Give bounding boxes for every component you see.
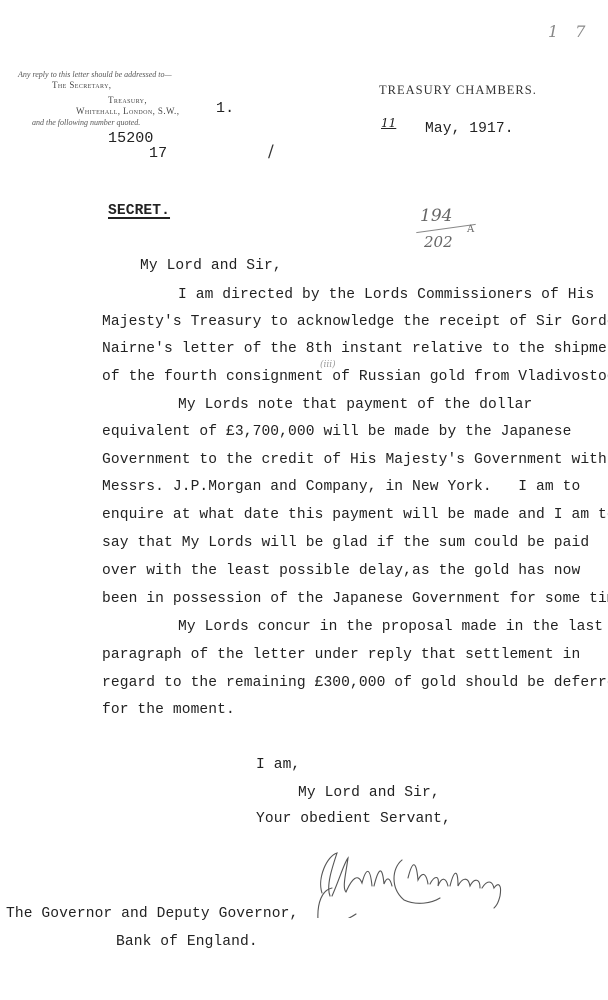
- district-number: 1.: [216, 100, 234, 117]
- body-line: of the fourth consignment of Russian gol…: [102, 369, 608, 385]
- signature-icon: [312, 848, 532, 918]
- classification-label: SECRET.: [108, 203, 170, 219]
- body-line: for the moment.: [102, 702, 235, 718]
- body-line: I am directed by the Lords Commissioners…: [178, 287, 594, 303]
- salutation: My Lord and Sir,: [140, 258, 282, 274]
- body-line: been in possession of the Japanese Gover…: [102, 591, 608, 607]
- file-annotation-top: 194: [420, 206, 452, 226]
- letterhead-place: TREASURY CHAMBERS.: [379, 83, 537, 98]
- body-line: regard to the remaining £300,000 of gold…: [102, 675, 608, 691]
- body-line: say that My Lords will be glad if the su…: [102, 535, 589, 551]
- closing-line-2: My Lord and Sir,: [298, 785, 440, 801]
- body-line: equivalent of £3,700,000 will be made by…: [102, 424, 571, 440]
- addressee-line-1: The Governor and Deputy Governor,: [6, 906, 298, 922]
- body-line: Messrs. J.P.Morgan and Company, in New Y…: [102, 479, 580, 495]
- body-line: Government to the credit of His Majesty'…: [102, 452, 607, 468]
- body-line: enquire at what date this payment will b…: [102, 507, 608, 523]
- handwritten-day: 11: [381, 116, 396, 130]
- body-line: My Lords concur in the proposal made in …: [178, 619, 603, 635]
- reference-slash: /: [268, 142, 274, 162]
- body-line: My Lords note that payment of the dollar: [178, 397, 532, 413]
- reference-year: 17: [149, 145, 167, 162]
- closing-line-3: Your obedient Servant,: [256, 811, 451, 827]
- address-line-secretary: The Secretary,: [52, 80, 111, 90]
- body-line: over with the least possible delay,as th…: [102, 563, 580, 579]
- reference-number: 15200: [108, 130, 154, 147]
- body-line: paragraph of the letter under reply that…: [102, 647, 580, 663]
- address-line-whitehall: Whitehall, London, S.W.,: [76, 106, 179, 116]
- addressee-line-2: Bank of England.: [116, 934, 258, 950]
- body-line: Nairne's letter of the 8th instant relat…: [102, 341, 608, 357]
- file-annotation-suffix: A: [467, 224, 474, 235]
- folio-number: 1 7: [548, 22, 591, 41]
- file-annotation-bottom: 202: [424, 233, 453, 251]
- address-line-treasury: Treasury,: [108, 95, 147, 105]
- reply-instruction-number: and the following number quoted.: [32, 118, 140, 127]
- closing-line-1: I am,: [256, 757, 300, 773]
- body-line: Majesty's Treasury to acknowledge the re…: [102, 314, 608, 330]
- letter-date: May, 1917.: [425, 121, 514, 137]
- reply-instruction: Any reply to this letter should be addre…: [18, 70, 172, 79]
